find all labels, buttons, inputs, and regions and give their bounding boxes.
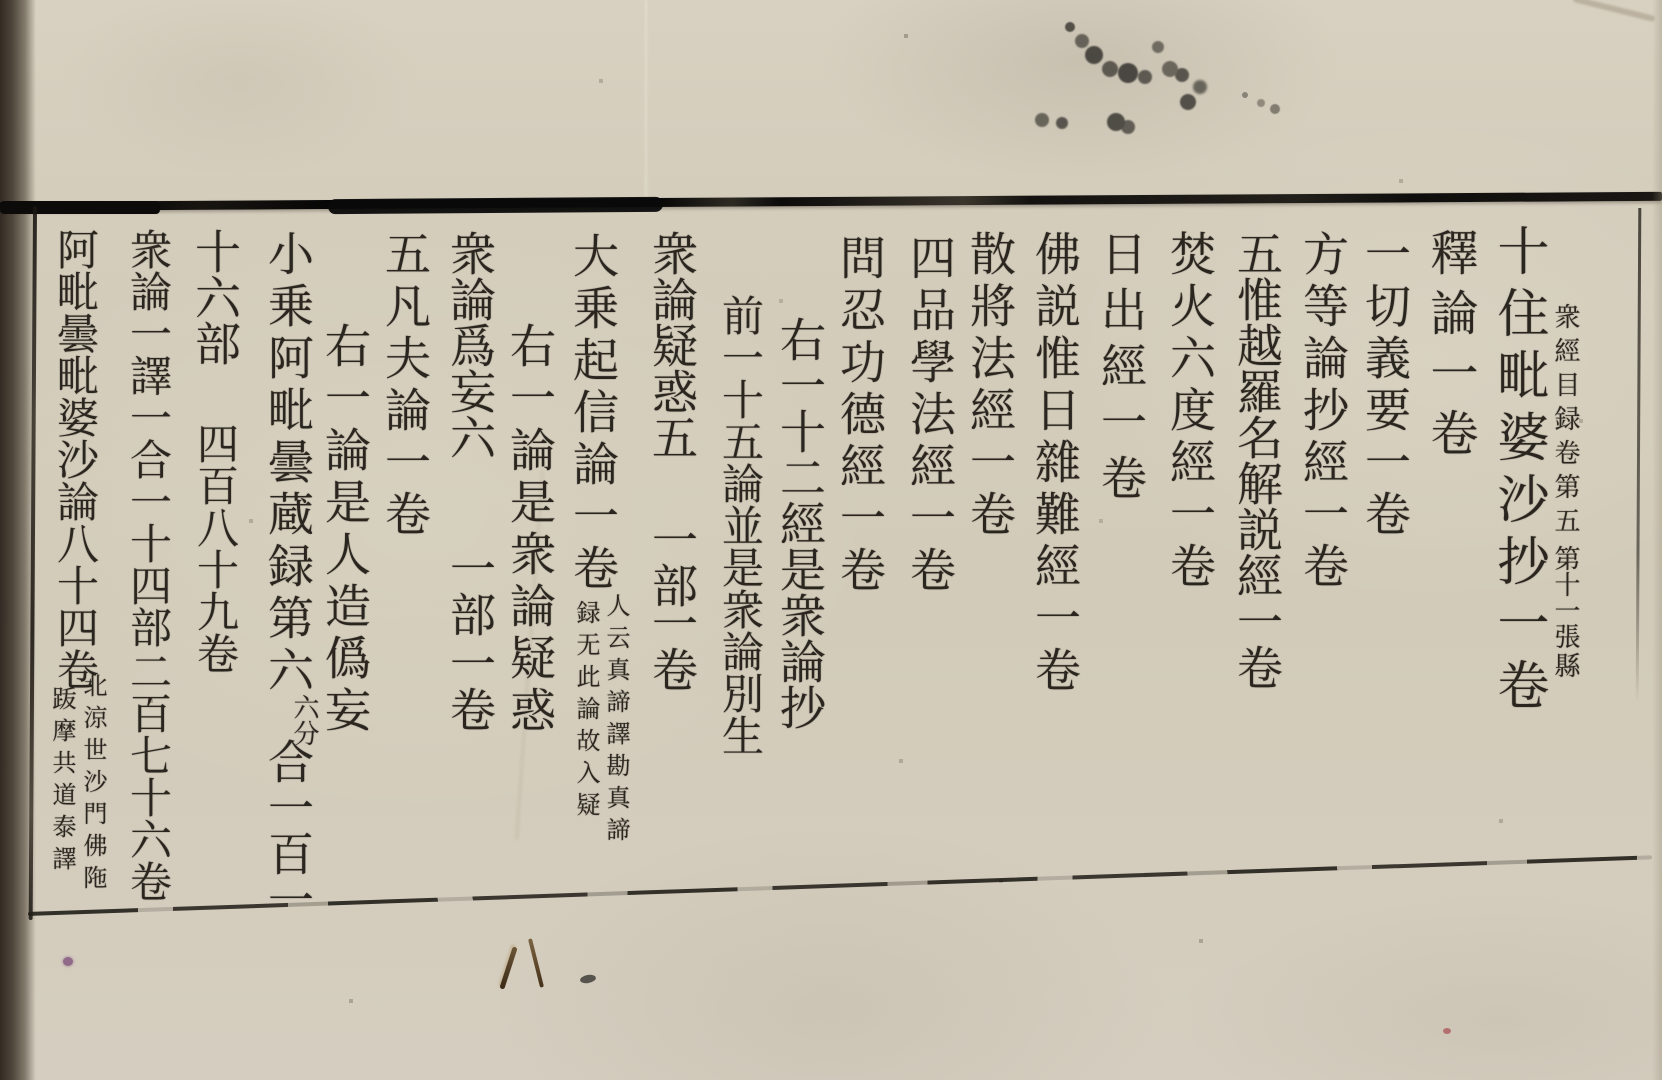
entry-column-10: 問忍功德經一卷 <box>837 234 883 598</box>
section-count-juan: 一卷 <box>447 640 493 732</box>
entry-column-2: 一切義要一卷 <box>1362 230 1408 542</box>
ink-smudge-cluster <box>1065 22 1075 32</box>
entry-column-11: 大乗起信論一卷 <box>570 232 616 596</box>
paper-crease <box>645 0 647 205</box>
entry-11-note-left: 録无此論故入疑 <box>574 600 598 824</box>
paper-scratch <box>1573 0 1656 22</box>
section-heading-doubtful: 衆論疑惑五 <box>649 230 695 460</box>
subsection-juan-count: 二百七十六卷 <box>127 650 169 902</box>
ink-smudge-cluster <box>1242 92 1248 98</box>
summary-column-2: 前一十五論並是衆論別生 <box>719 294 761 756</box>
page-marker-sheet: 第十一張 <box>1552 545 1578 649</box>
section-count-juan: 一卷 <box>649 600 695 692</box>
entry-column-13: 阿毗曇毗婆沙論八十四卷 <box>54 228 96 690</box>
entry-column-9: 四品學法經一卷 <box>907 234 953 598</box>
subsection-one-translation: 衆論一譯一合一十四部 <box>127 228 169 648</box>
summary-column-1: 右一十二經是衆論抄 <box>777 316 823 730</box>
summary-column-3: 右一論是衆論疑惑 <box>507 322 553 738</box>
scanned-manuscript-page: 十住毗婆沙抄一卷 衆經目録卷第五 第十一張 縣 釋論一卷 一切義要一卷 方等論抄… <box>0 0 1662 1080</box>
dark-ink-speck <box>579 974 596 985</box>
entry-column-12: 五凡夫論一卷 <box>382 230 428 542</box>
entry-11-note-right: 人云真諦譯勘真諦 <box>604 593 628 849</box>
paper-fiber-specks <box>0 0 2 2</box>
section-total-juan: 四百八十九卷 <box>194 422 236 674</box>
section-heading-abhidharma: 小乗阿毗曇蔵録第六 <box>265 230 311 698</box>
section-heading-spurious: 衆論爲妄六 <box>447 230 493 460</box>
entry-column-3: 方等論抄經一卷 <box>1300 230 1346 594</box>
frame-right-border <box>1636 208 1642 703</box>
entry-column-8: 散將法經一卷 <box>967 230 1013 542</box>
entry-column-4: 五惟越羅名解説經一卷 <box>1234 230 1280 690</box>
purple-stain-dot <box>63 957 73 966</box>
frame-top-border-blob <box>0 201 160 214</box>
entry-13-translator-note-right: 北涼世沙門佛陁 <box>81 673 105 897</box>
v-shaped-fiber-mark <box>528 938 544 987</box>
section-count-bu: 一部 <box>649 516 695 608</box>
entry-column-6: 日出經一卷 <box>1098 230 1144 510</box>
section-count-bu: 一部 <box>447 545 493 637</box>
entry-column-1: 釋論一卷 <box>1426 228 1474 468</box>
page-marker-case-siglum: 縣 <box>1552 652 1578 678</box>
title-column: 十住毗婆沙抄一卷 <box>1492 224 1544 720</box>
red-stain-dot <box>1443 1028 1451 1034</box>
entry-column-7: 佛説惟日雜難經一卷 <box>1032 230 1078 698</box>
entry-column-5: 焚火六度經一卷 <box>1167 230 1213 594</box>
summary-column-4: 右一論是人造僞妄 <box>322 322 368 738</box>
entry-13-translator-note-left: 䟦摩共道泰譯 <box>50 686 74 878</box>
page-marker-catalog: 衆經目録卷第五 <box>1552 303 1578 541</box>
v-shaped-fiber-mark <box>499 946 517 989</box>
frame-top-border <box>0 192 1662 211</box>
frame-top-border-blob <box>328 197 663 214</box>
section-total-start: 合一百一 <box>265 738 311 922</box>
section-total-bu: 十六部 <box>192 228 238 366</box>
